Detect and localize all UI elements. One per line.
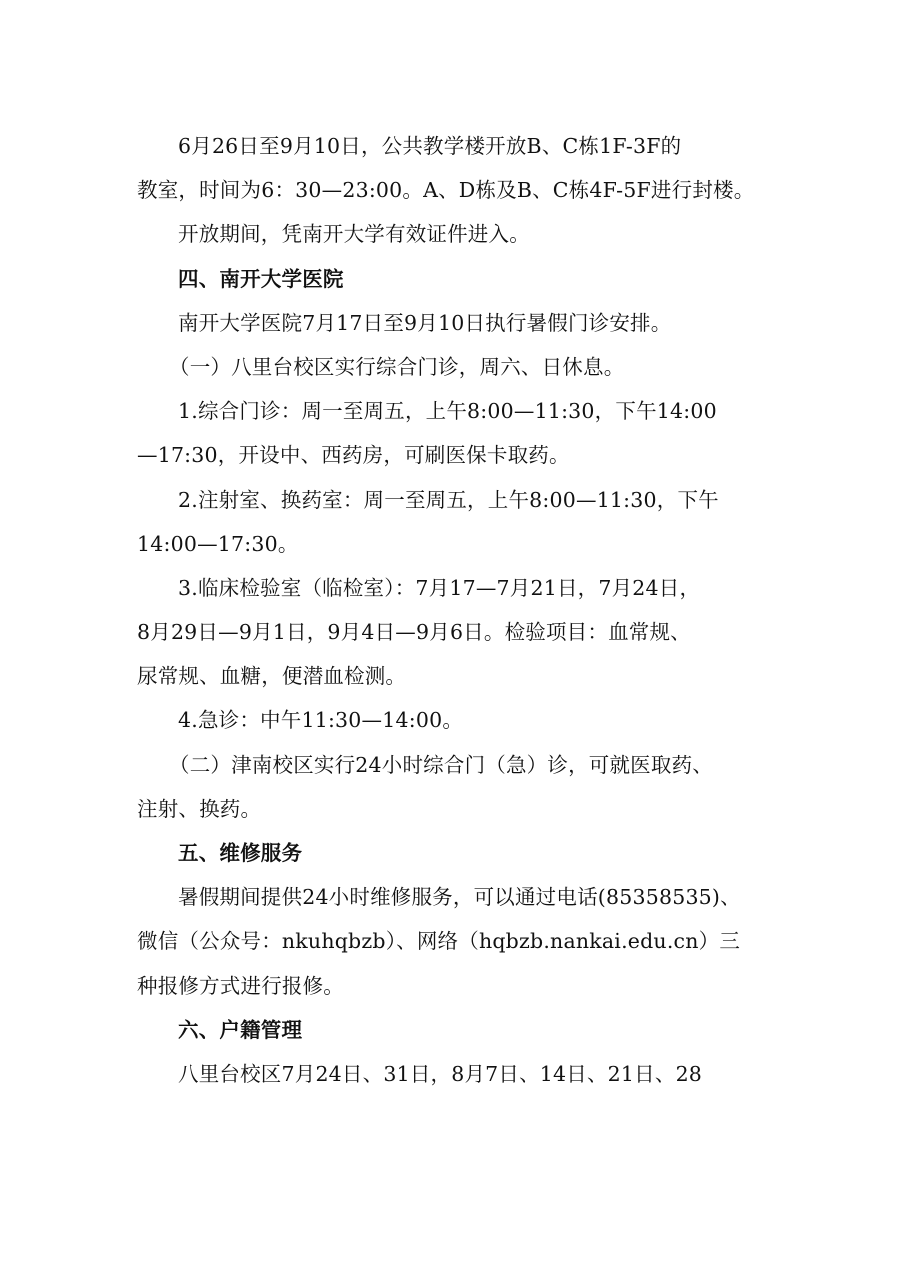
list-item-line: 2.注射室、换药室：周一至周五，上午8:00—11:30，下午 [137,478,767,522]
paragraph-line: 种报修方式进行报修。 [137,964,767,1008]
paragraph-line: 教室，时间为6：30—23:00。A、D栋及B、C栋4F-5F进行封楼。 [137,168,767,212]
section-heading-hospital: 四、南开大学医院 [137,257,767,301]
paragraph-line: 暑假期间提供24小时维修服务，可以通过电话(85358535)、 [137,875,767,919]
paragraph-line: 微信（公众号：nkuhqbzb）、网络（hqbzb.nankai.edu.cn）… [137,919,767,963]
paragraph-line: —17:30，开设中、西药房，可刷医保卡取药。 [137,433,767,477]
paragraph-line: 尿常规、血糖，便潜血检测。 [137,654,767,698]
paragraph-line: 八里台校区7月24日、31日，8月7日、14日、21日、28 [137,1052,767,1096]
paragraph-line: 8月29日—9月1日，9月4日—9月6日。检验项目：血常规、 [137,610,767,654]
paragraph-line: 6月26日至9月10日，公共教学楼开放B、C栋1F-3F的 [137,124,767,168]
list-item-line: 1.综合门诊：周一至周五，上午8:00—11:30，下午14:00 [137,389,767,433]
paragraph-line: 南开大学医院7月17日至9月10日执行暑假门诊安排。 [137,301,767,345]
paragraph-line: 注射、换药。 [137,787,767,831]
paragraph-line: 14:00—17:30。 [137,522,767,566]
list-item-line: 4.急诊：中午11:30—14:00。 [137,698,767,742]
subsection-line: （一）八里台校区实行综合门诊，周六、日休息。 [137,345,767,389]
list-item-line: 3.临床检验室（临检室）：7月17—7月21日，7月24日， [137,566,767,610]
document-page: 6月26日至9月10日，公共教学楼开放B、C栋1F-3F的 教室，时间为6：30… [137,124,767,1096]
subsection-line: （二）津南校区实行24小时综合门（急）诊，可就医取药、 [137,743,767,787]
section-heading-household: 六、户籍管理 [137,1008,767,1052]
paragraph-line: 开放期间，凭南开大学有效证件进入。 [137,212,767,256]
section-heading-maintenance: 五、维修服务 [137,831,767,875]
